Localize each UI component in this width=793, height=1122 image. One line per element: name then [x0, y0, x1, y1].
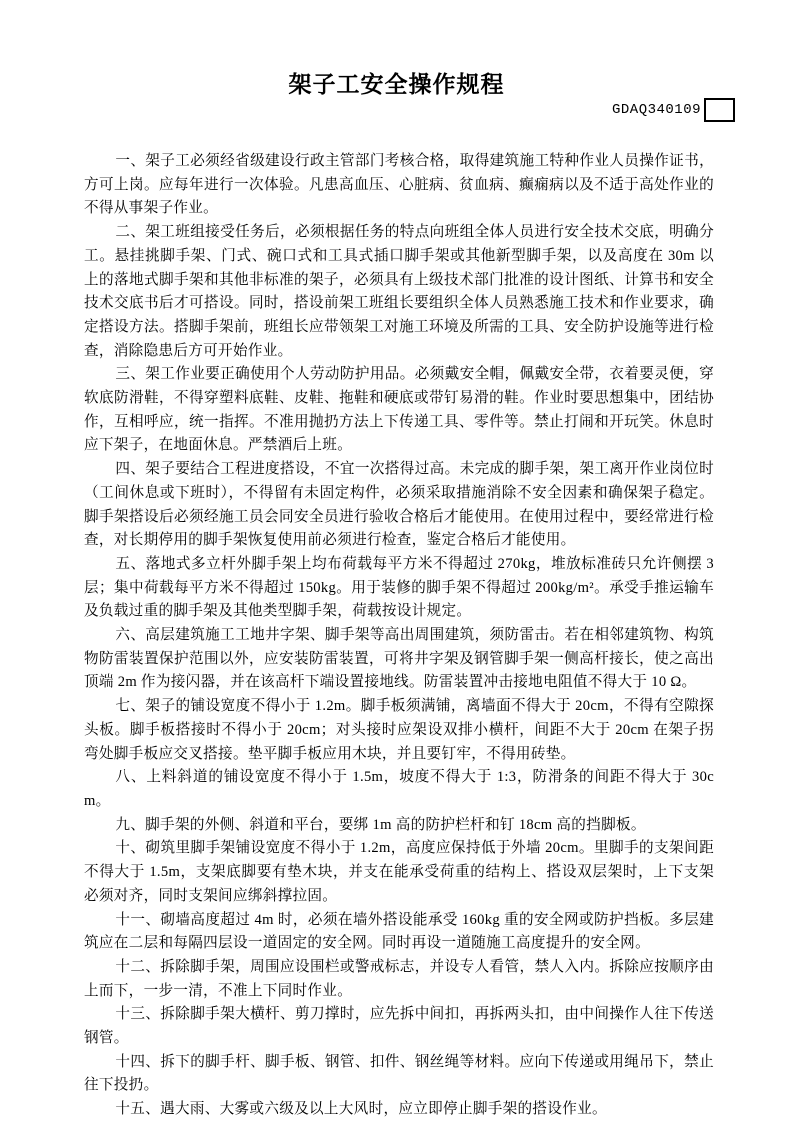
- body-paragraph-5: 五、落地式多立杆外脚手架上均布荷载每平方米不得超过 270kg，堆放标准砖只允许…: [84, 553, 714, 624]
- body-paragraph-10: 十、砌筑里脚手架铺设宽度不得小于 1.2m，高度应保持低于外墙 20cm。里脚手…: [84, 837, 714, 908]
- body-paragraph-13: 十三、拆除脚手架大横杆、剪刀撑时，应先拆中间扣，再拆两头扣，由中间操作人往下传送…: [84, 1003, 714, 1050]
- document-code: GDAQ340109: [612, 102, 701, 118]
- body-paragraph-6: 六、高层建筑施工工地井字架、脚手架等高出周围建筑，须防雷击。若在相邻建筑物、构筑…: [84, 624, 714, 695]
- body-paragraph-11: 十一、砌墙高度超过 4m 时，必须在墙外搭设能承受 160kg 重的安全网或防护…: [84, 909, 714, 956]
- body-paragraph-15: 十五、遇大雨、大雾或六级及以上大风时，应立即停止脚手架的搭设作业。: [84, 1098, 714, 1122]
- body-paragraph-2: 二、架工班组接受任务后，必须根据任务的特点向班组全体人员进行安全技术交底，明确分…: [84, 221, 714, 363]
- document-code-row: GDAQ340109: [612, 98, 735, 122]
- body-paragraph-3: 三、架工作业要正确使用个人劳动防护用品。必须戴安全帽，佩戴安全带，衣着要灵便，穿…: [84, 363, 714, 458]
- body-paragraph-1: 一、架子工必须经省级建设行政主管部门考核合格，取得建筑施工特种作业人员操作证书，…: [84, 150, 714, 221]
- body-paragraph-9: 九、脚手架的外侧、斜道和平台，要绑 1m 高的防护栏杆和钉 18cm 高的挡脚板…: [84, 814, 714, 838]
- body-paragraph-12: 十二、拆除脚手架，周围应设围栏或警戒标志，并设专人看管，禁人入内。拆除应按顺序由…: [84, 956, 714, 1003]
- body-paragraph-4: 四、架子要结合工程进度搭设，不宜一次搭得过高。未完成的脚手架，架工离开作业岗位时…: [84, 458, 714, 553]
- document-body: 一、架子工必须经省级建设行政主管部门考核合格，取得建筑施工特种作业人员操作证书，…: [84, 150, 714, 1122]
- body-paragraph-8: 八、上料斜道的铺设宽度不得小于 1.5m，坡度不得大于 1:3，防滑条的间距不得…: [84, 766, 714, 813]
- page-title: 架子工安全操作规程: [0, 0, 793, 99]
- body-paragraph-7: 七、架子的铺设宽度不得小于 1.2m。脚手板须满铺，离墙面不得大于 20cm，不…: [84, 695, 714, 766]
- document-page: 架子工安全操作规程 GDAQ340109 一、架子工必须经省级建设行政主管部门考…: [0, 0, 793, 1122]
- body-paragraph-14: 十四、拆下的脚手杆、脚手板、钢管、扣件、钢丝绳等材料。应向下传递或用绳吊下，禁止…: [84, 1051, 714, 1098]
- document-code-box: [704, 98, 735, 122]
